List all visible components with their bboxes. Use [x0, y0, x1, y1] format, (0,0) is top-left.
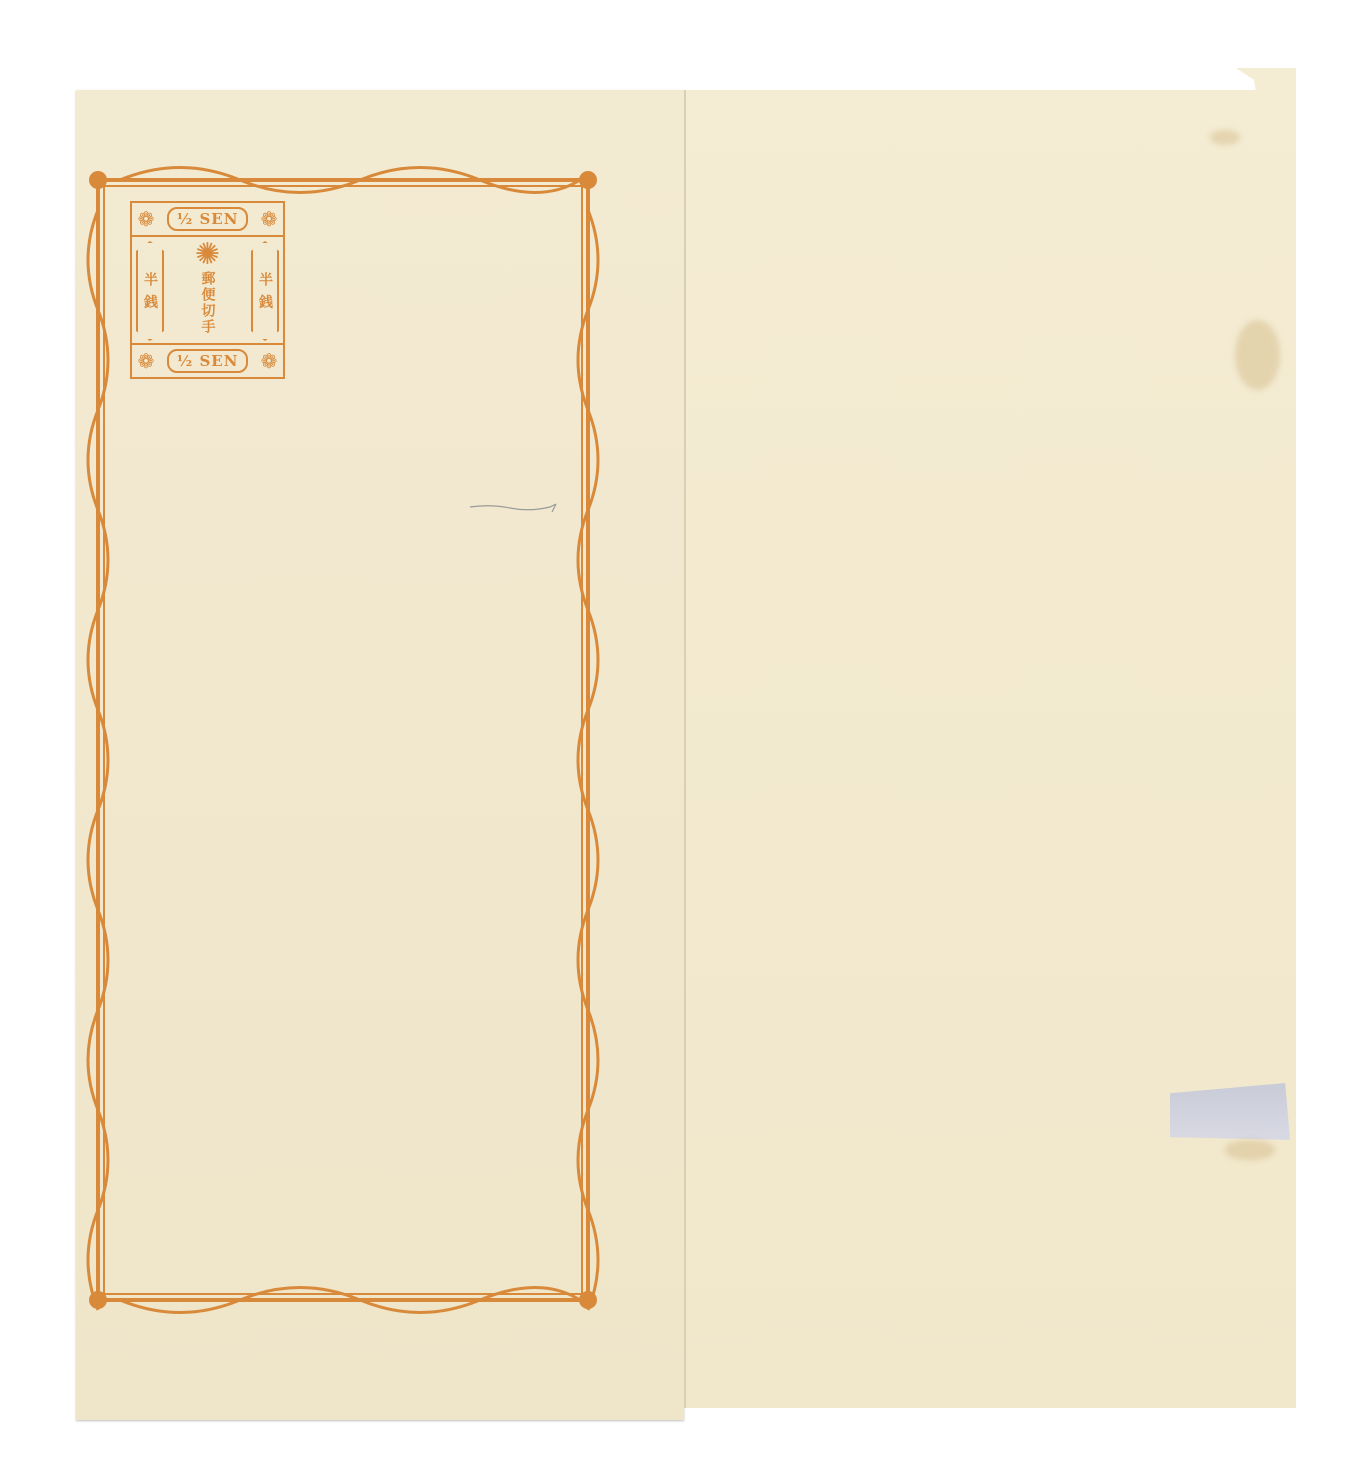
center-text: 郵便切手 [198, 271, 218, 335]
imprinted-stamp: ½ SEN ❁ ❁ 半 銭 半 銭 ✺ 郵便切手 ❁ ❁ ½ SEN [130, 201, 285, 379]
stain [1210, 130, 1240, 145]
denomination-top: ½ SEN [167, 207, 249, 231]
stamp-center: ✺ 郵便切手 [170, 239, 245, 341]
right-panel [684, 90, 1296, 1408]
left-kanji-panel: 半 銭 [136, 241, 164, 341]
denomination-bottom: ½ SEN [167, 349, 249, 373]
chrysanthemum-icon: ✺ [195, 239, 220, 271]
right-kanji-panel: 半 銭 [251, 241, 279, 341]
stain [1225, 1140, 1275, 1160]
pencil-arrow-mark [468, 495, 563, 520]
center-fold [684, 90, 686, 1408]
flower-icon: ❁ [134, 207, 158, 231]
stain [1235, 320, 1280, 390]
flower-icon: ❁ [257, 207, 281, 231]
